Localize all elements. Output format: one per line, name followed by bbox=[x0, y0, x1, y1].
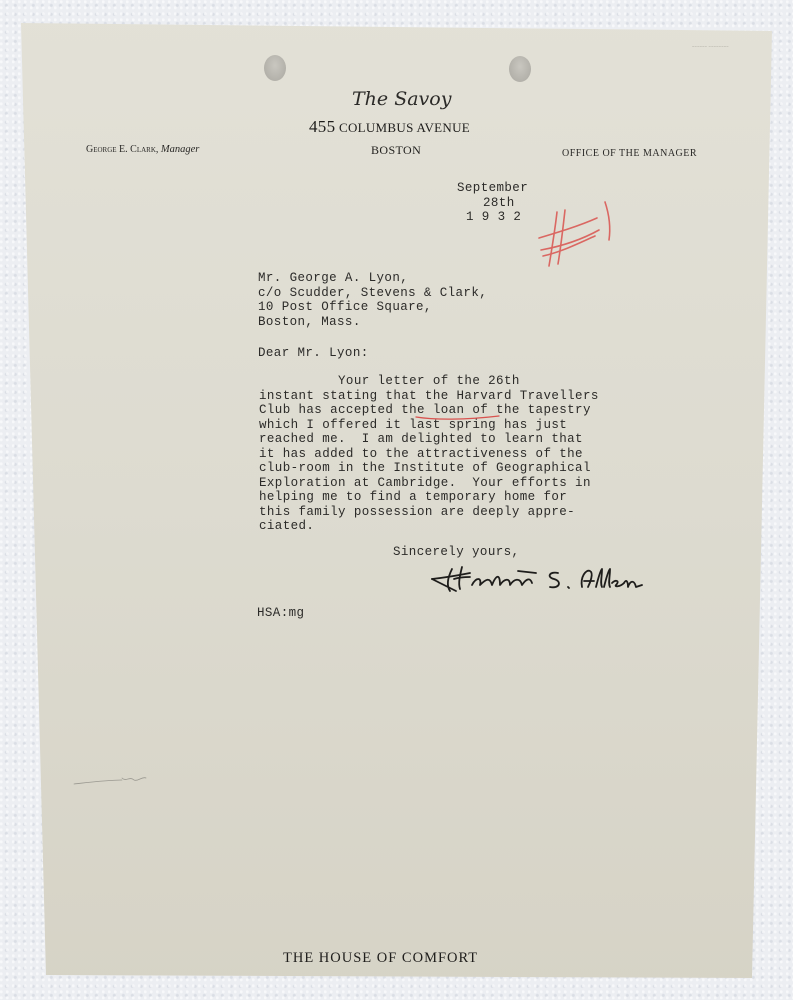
red-underline-mark bbox=[415, 414, 500, 422]
letter-body: Your letter of the 26th instant stating … bbox=[259, 374, 599, 534]
red-pencil-mark-icon bbox=[535, 200, 625, 270]
date-month: September bbox=[457, 181, 528, 196]
printer-imprint: ~~~~~~ ~~~~~~~~ bbox=[692, 44, 729, 49]
letterhead-office: OFFICE OF THE MANAGER bbox=[562, 148, 697, 159]
body-line: Your letter of the 26th bbox=[259, 374, 599, 389]
body-line: helping me to find a temporary home for bbox=[259, 490, 599, 505]
body-line: ciated. bbox=[259, 519, 599, 534]
recipient-line: 10 Post Office Square, bbox=[258, 300, 487, 315]
letterhead-manager: George E. Clark, Manager bbox=[86, 144, 199, 155]
body-line: instant stating that the Harvard Travell… bbox=[259, 389, 599, 404]
pencil-scribble-mark bbox=[72, 770, 152, 790]
date-year: 1 9 3 2 bbox=[457, 210, 528, 225]
body-line: club-room in the Institute of Geographic… bbox=[259, 461, 599, 476]
letterhead-address: 455 COLUMBUS AVENUE bbox=[309, 117, 470, 137]
body-line: reached me. I am delighted to learn that bbox=[259, 432, 599, 447]
date-day: 28th bbox=[457, 196, 528, 211]
address-number: 455 bbox=[309, 117, 335, 136]
manager-title: Manager bbox=[161, 144, 200, 155]
recipient-line: c/o Scudder, Stevens & Clark, bbox=[258, 286, 487, 301]
letter-date: September 28th 1 9 3 2 bbox=[457, 181, 528, 225]
recipient-line: Mr. George A. Lyon, bbox=[258, 271, 487, 286]
footer-motto: THE HOUSE OF COMFORT bbox=[283, 950, 478, 967]
punch-hole-right bbox=[509, 56, 531, 82]
closing: Sincerely yours, bbox=[393, 545, 519, 560]
salutation: Dear Mr. Lyon: bbox=[258, 346, 369, 361]
address-street: COLUMBUS AVENUE bbox=[339, 120, 470, 135]
body-line: Exploration at Cambridge. Your efforts i… bbox=[259, 476, 599, 491]
recipient-line: Boston, Mass. bbox=[258, 315, 487, 330]
body-line: this family possession are deeply appre- bbox=[259, 505, 599, 520]
letterhead-city: BOSTON bbox=[371, 143, 421, 158]
reference-initials: HSA:mg bbox=[257, 606, 304, 621]
recipient-address: Mr. George A. Lyon, c/o Scudder, Stevens… bbox=[258, 271, 487, 329]
punch-hole-left bbox=[264, 55, 286, 81]
manager-name: George E. Clark, bbox=[86, 144, 158, 155]
letterhead-title: The Savoy bbox=[352, 88, 451, 110]
body-line: it has added to the attractiveness of th… bbox=[259, 447, 599, 462]
handwritten-signature bbox=[430, 563, 645, 595]
